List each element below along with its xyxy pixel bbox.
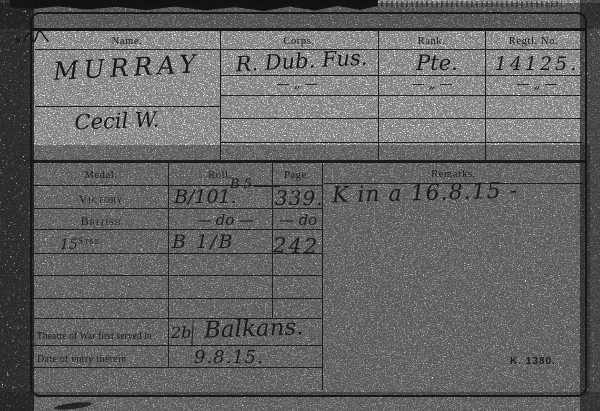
regtl-ditto-mark: — „ — xyxy=(497,78,577,91)
regtl-no-value: 14125. xyxy=(490,55,584,74)
reference-stamp: K. 1380. xyxy=(510,356,556,367)
rule-line xyxy=(34,275,322,276)
regtl-no-header: Regtl. No. xyxy=(485,36,582,47)
theatre-value: Balkans. xyxy=(204,316,304,342)
star-15-number: 15 xyxy=(60,237,78,253)
medal-victory-label: Victory xyxy=(34,192,168,207)
rank-header: Rank. xyxy=(378,36,485,47)
surname-value: MURRAY xyxy=(51,51,202,84)
section-divider xyxy=(32,160,585,163)
rule-line xyxy=(220,142,582,143)
remarks-value: K in a 16.8.15 - xyxy=(332,181,519,208)
medal-15star-label: 15Star xyxy=(60,236,101,254)
column-divider xyxy=(168,160,169,368)
rank-value: Pte. xyxy=(392,53,482,74)
medal-column-header: Medal. xyxy=(34,170,168,181)
rule-line xyxy=(34,367,322,368)
victory-roll-value: B/101. xyxy=(174,188,237,207)
scanner-gray-band xyxy=(376,1,562,7)
rule-line xyxy=(220,95,582,96)
medal-british-label: British xyxy=(34,214,168,229)
rule-line xyxy=(35,106,220,107)
british-roll-value: — do — xyxy=(182,213,268,228)
page-column-header: Page. xyxy=(272,170,322,181)
forename-value: Cecil W. xyxy=(62,109,173,134)
rank-ditto-mark: — „ — xyxy=(387,78,477,91)
rule-line xyxy=(220,118,582,119)
corps-ditto-mark: — „ — xyxy=(247,78,347,91)
roll-column-header: Roll. xyxy=(168,170,272,181)
victory-roll-note: B 5 xyxy=(230,178,252,191)
remarks-header: Remarks. xyxy=(324,169,583,180)
handwritten-stroke xyxy=(191,320,194,347)
victory-page-value: 339. xyxy=(275,188,324,208)
medal-index-card: Name. Corps. Rank. Regtl. No. MURRAY Cec… xyxy=(30,12,587,397)
rule-line xyxy=(34,298,322,299)
british-page-value: — do xyxy=(272,213,324,228)
date-of-entry-label: Date of entry therein xyxy=(37,354,126,365)
star-roll-value: B 1/B xyxy=(172,233,234,252)
ink-smudge-icon xyxy=(54,401,92,411)
corps-value: R. Dub. Fus. xyxy=(224,47,380,76)
rule-line xyxy=(34,345,322,346)
star-word: Star xyxy=(78,237,101,247)
date-of-entry-value: 9.8.15. xyxy=(194,349,264,367)
scanner-black-band xyxy=(10,0,378,11)
theatre-code-value: 2b xyxy=(171,325,191,341)
scanned-medal-index-card: Name. Corps. Rank. Regtl. No. MURRAY Cec… xyxy=(0,0,600,411)
star-page-value: 242 xyxy=(273,235,320,258)
theatre-of-war-label: Theatre of War first served in xyxy=(37,331,152,342)
rule-line xyxy=(32,28,585,31)
name-header: Name. xyxy=(34,36,220,47)
